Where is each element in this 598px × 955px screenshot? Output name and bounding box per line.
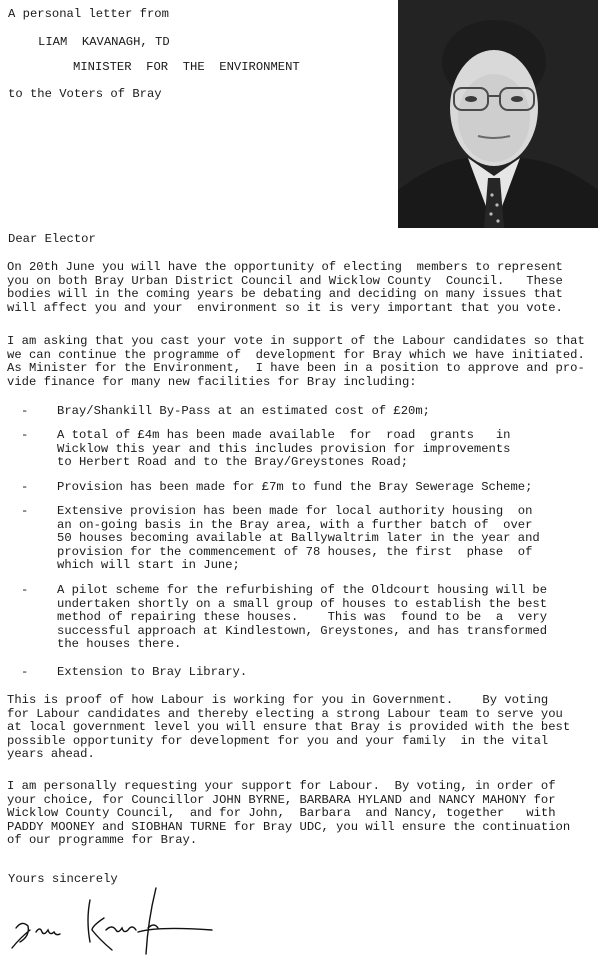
text-line: at local government level you will ensur… (7, 721, 597, 735)
text-line: to Herbert Road and to the Bray/Greyston… (57, 456, 510, 470)
text-line: your choice, for Councillor JOHN BYRNE, … (7, 794, 597, 808)
text-line: for Labour candidates and thereby electi… (7, 708, 597, 722)
letter-intro: A personal letter from (8, 8, 169, 22)
bullet-dash: - (21, 666, 28, 680)
text-line: we can continue the programme of develop… (7, 349, 597, 363)
text-line: On 20th June you will have the opportuni… (7, 261, 597, 275)
bullet-dash: - (21, 481, 28, 495)
text-line: A pilot scheme for the refurbishing of t… (57, 584, 547, 598)
text-line: Bray/Shankill By-Pass at an estimated co… (57, 405, 430, 419)
bullet-dash: - (21, 405, 28, 419)
text-line: provision for the commencement of 78 hou… (57, 546, 540, 560)
sender-role: MINISTER FOR THE ENVIRONMENT (73, 61, 300, 75)
text-line: I am asking that you cast your vote in s… (7, 335, 597, 349)
salutation: Dear Elector (8, 233, 96, 247)
text-line: PADDY MOONEY and SIOBHAN TURNE for Bray … (7, 821, 597, 835)
text-line: which will start in June; (57, 559, 540, 573)
sender-name: LIAM KAVANAGH, TD (38, 36, 170, 50)
paragraph-opportunity: On 20th June you will have the opportuni… (7, 261, 597, 315)
bullet-dash: - (21, 584, 28, 598)
text-line: Provision has been made for £7m to fund … (57, 481, 532, 495)
text-line: of our programme for Bray. (7, 834, 597, 848)
text-line: bodies will in the coming years be debat… (7, 288, 597, 302)
text-line: possible opportunity for development for… (7, 735, 597, 749)
text-line: I am personally requesting your support … (7, 780, 597, 794)
text-line: method of repairing these houses. This w… (57, 611, 547, 625)
handwritten-signature-icon (8, 880, 218, 955)
signature (8, 880, 218, 955)
portrait-photo (398, 0, 598, 228)
text-line: Extension to Bray Library. (57, 666, 247, 680)
paragraph-appeal: I am asking that you cast your vote in s… (7, 335, 597, 389)
bullet-dash: - (21, 505, 28, 519)
bullet-dash: - (21, 429, 28, 443)
text-line: Extensive provision has been made for lo… (57, 505, 540, 519)
text-line: vide finance for many new facilities for… (7, 376, 597, 390)
text-line: years ahead. (7, 748, 597, 762)
letter-recipient: to the Voters of Bray (8, 88, 162, 102)
text-line: undertaken shortly on a small group of h… (57, 598, 547, 612)
text-line: Wicklow County Council, and for John, Ba… (7, 807, 597, 821)
text-line: will affect you and your environment so … (7, 302, 597, 316)
text-line: Wicklow this year and this includes prov… (57, 443, 510, 457)
text-line: 50 houses becoming available at Ballywal… (57, 532, 540, 546)
text-line: the houses there. (57, 638, 547, 652)
text-line: This is proof of how Labour is working f… (7, 694, 597, 708)
paragraph-request: I am personally requesting your support … (7, 780, 597, 848)
text-line: A total of £4m has been made available f… (57, 429, 510, 443)
paragraph-proof: This is proof of how Labour is working f… (7, 694, 597, 762)
text-line: As Minister for the Environment, I have … (7, 362, 597, 376)
text-line: an on-going basis in the Bray area, with… (57, 519, 540, 533)
portrait-icon (398, 0, 598, 228)
text-line: you on both Bray Urban District Council … (7, 275, 597, 289)
text-line: successful approach at Kindlestown, Grey… (57, 625, 547, 639)
